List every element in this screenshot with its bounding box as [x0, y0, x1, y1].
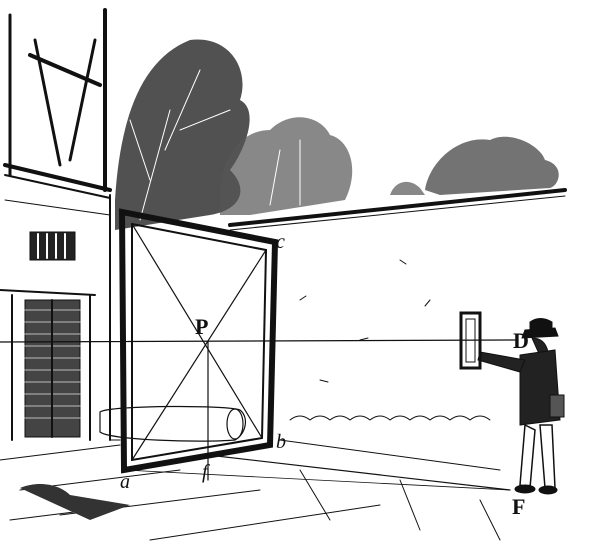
picture-plane-frame [122, 212, 275, 480]
label-principal-point: P [195, 316, 208, 338]
label-corner-a: a [120, 472, 130, 492]
perspective-engraving: P c a b f D F [0, 0, 600, 545]
paving-stones [0, 445, 500, 540]
label-corner-c: c [276, 232, 285, 252]
building [0, 10, 110, 440]
engraving-drawing [0, 0, 600, 545]
label-corner-b: b [276, 432, 286, 452]
label-foot-f: f [202, 462, 208, 482]
label-station-point-f: F [512, 496, 525, 518]
trees [115, 40, 559, 230]
label-eye-point-d: D [513, 330, 529, 352]
